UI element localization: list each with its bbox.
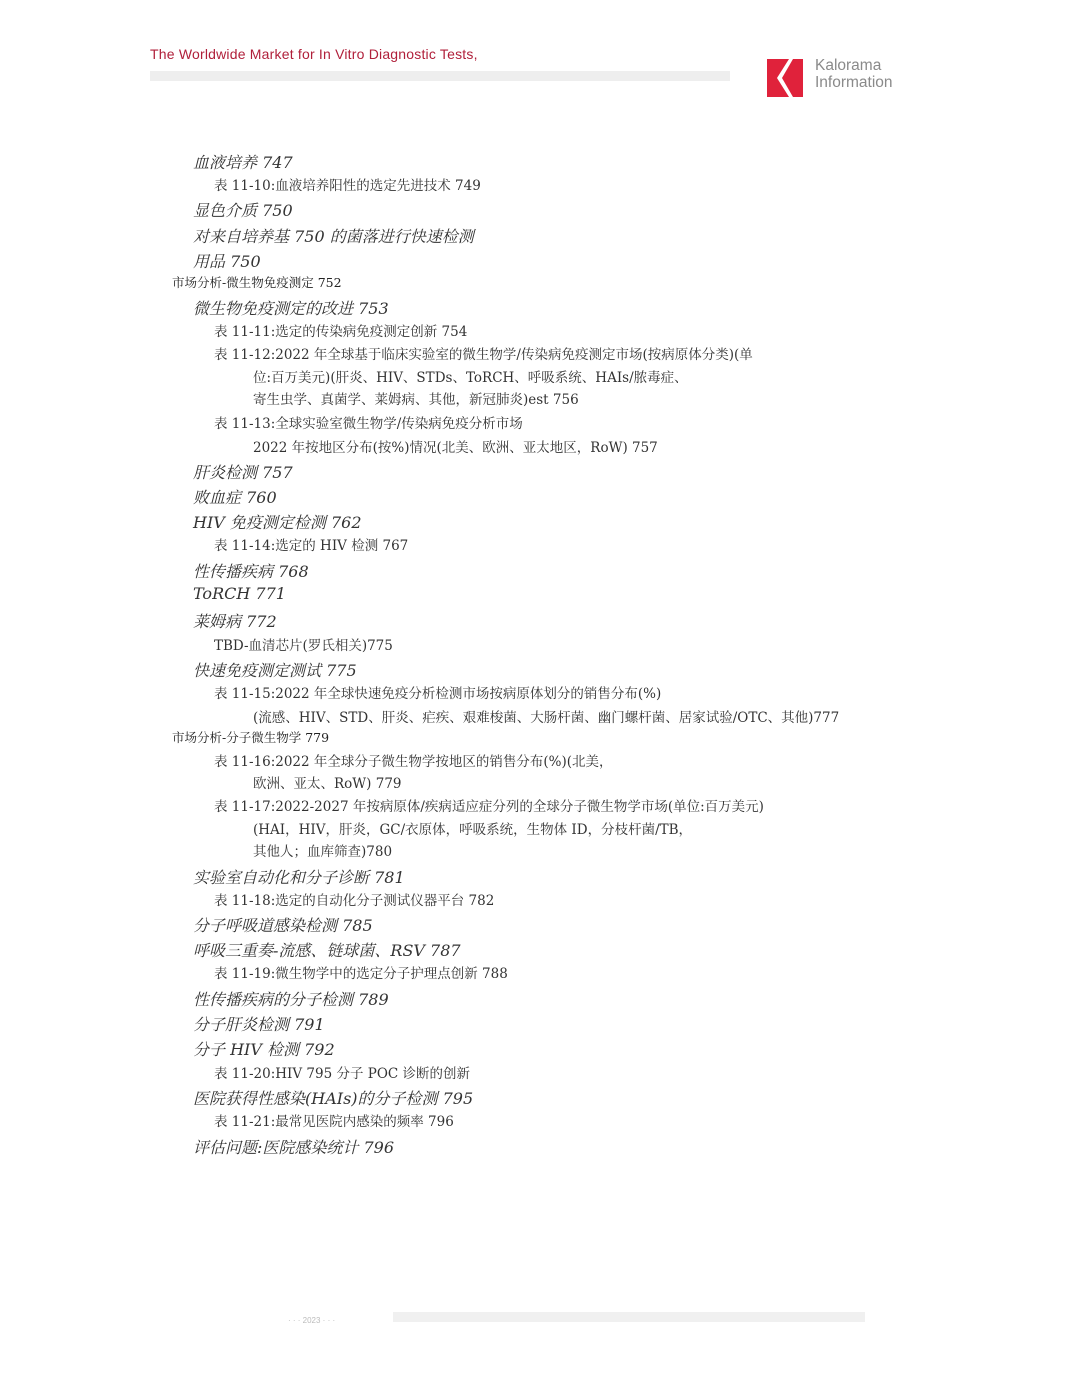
report-title: The Worldwide Market for In Vitro Diagno… (150, 46, 478, 62)
toc-subsection: 实验室自动化和分子诊断 781 (193, 865, 405, 888)
toc-table-entry: 表 11-10:血液培养阳性的选定先进技术 749 (214, 174, 481, 194)
toc-table-entry: 表 11-14:选定的 HIV 检测 767 (214, 534, 408, 554)
toc-section: 市场分析-分子微生物学 779 (172, 728, 329, 746)
toc-subsection: 显色介质 750 (193, 198, 293, 221)
toc-entry-continuation: 位:百万美元)(肝炎、HIV、STDs、ToRCH、呼吸系统、HAIs/脓毒症、 (253, 366, 688, 386)
logo-line-2: Information (815, 74, 893, 91)
toc-subsection: 分子呼吸道感染检测 785 (193, 913, 373, 936)
toc-subsection: 评估问题:医院感染统计 796 (193, 1135, 394, 1158)
toc-table-entry: TBD-血清芯片(罗氏相关)775 (214, 634, 393, 654)
toc-subsection: 性传播疾病的分子检测 789 (193, 987, 389, 1010)
toc-entry-continuation: (HAI，HIV，肝炎，GC/衣原体，呼吸系统，生物体 ID，分枝杆菌/TB， (253, 818, 692, 838)
toc-subsection: 性传播疾病 768 (193, 559, 309, 582)
toc-table-entry: 表 11-11:选定的传染病免疫测定创新 754 (214, 320, 467, 340)
toc-table-entry: 表 11-21:最常见医院内感染的频率 796 (214, 1110, 454, 1130)
toc-entry-continuation: 寄生虫学、真菌学、莱姆病、其他，新冠肺炎)est 756 (253, 388, 579, 408)
toc-subsection: 医院获得性感染(HAIs)的分子检测 795 (193, 1086, 473, 1109)
toc-subsection: 分子肝炎检测 791 (193, 1012, 325, 1035)
toc-subsection: 呼吸三重奏-流感、链球菌、RSV 787 (193, 938, 461, 961)
toc-subsection: 对来自培养基 750 的菌落进行快速检测 (193, 224, 474, 247)
toc-subsection: 分子 HIV 检测 792 (193, 1037, 335, 1060)
toc-subsection: 败血症 760 (193, 485, 277, 508)
toc-section: 市场分析-微生物免疫测定 752 (172, 273, 342, 291)
toc-table-entry: 表 11-15:2022 年全球快速免疫分析检测市场按病原体划分的销售分布(%) (214, 682, 661, 702)
toc-entry-continuation: 其他人；血库筛查)780 (253, 840, 392, 860)
toc-subsection: 快速免疫测定测试 775 (193, 658, 357, 681)
toc-subsection: HIV 免疫测定检测 762 (193, 510, 362, 533)
toc-subsection: 莱姆病 772 (193, 609, 277, 632)
logo-wordmark: Kalorama Information (815, 57, 893, 91)
toc-table-entry: 表 11-19:微生物学中的选定分子护理点创新 788 (214, 962, 508, 982)
toc-subsection: ToRCH 771 (193, 584, 286, 603)
toc-table-entry: 表 11-17:2022-2027 年按病原体/疾病适应症分列的全球分子微生物学… (214, 795, 764, 815)
toc-table-entry: 表 11-18:选定的自动化分子测试仪器平台 782 (214, 889, 494, 909)
toc-subsection: 用品 750 (193, 249, 261, 272)
toc-entry-continuation: (流感、HIV、STD、肝炎、疟疾、艰难梭菌、大肠杆菌、幽门螺杆菌、居家试验/O… (253, 706, 839, 726)
footer-rule (393, 1312, 865, 1322)
toc-entry-continuation: 欧洲、亚太、RoW) 779 (253, 772, 402, 792)
kalorama-k-logo-icon (767, 59, 803, 97)
footer-text: · · · 2023 · · · (288, 1316, 335, 1325)
toc-table-entry: 表 11-12:2022 年全球基于临床实验室的微生物学/传染病免疫测定市场(按… (214, 343, 753, 363)
toc-subsection: 微生物免疫测定的改进 753 (193, 296, 389, 319)
toc-subsection: 血液培养 747 (193, 150, 293, 173)
toc-table-entry: 表 11-13:全球实验室微生物学/传染病免疫分析市场 (214, 412, 523, 432)
kalorama-logo: Kalorama Information (767, 57, 907, 99)
header-rule (150, 71, 730, 81)
logo-line-1: Kalorama (815, 57, 893, 74)
toc-entry-continuation: 2022 年按地区分布(按%)情况(北美、欧洲、亚太地区，RoW) 757 (253, 436, 658, 456)
toc-subsection: 肝炎检测 757 (193, 460, 293, 483)
toc-table-entry: 表 11-16:2022 年全球分子微生物学按地区的销售分布(%)(北美， (214, 750, 613, 770)
toc-table-entry: 表 11-20:HIV 795 分子 POC 诊断的创新 (214, 1062, 470, 1082)
